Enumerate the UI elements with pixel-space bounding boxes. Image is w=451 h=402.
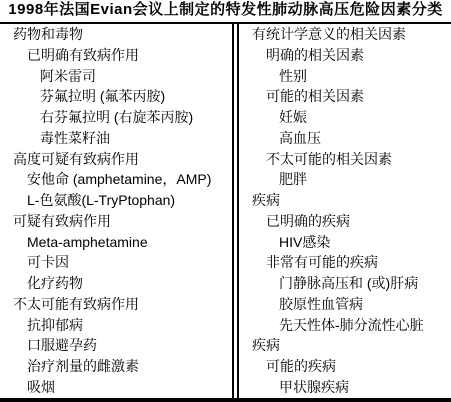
table-body: 药物和毒物已明确有致病作用阿米雷司芬氟拉明 (氟苯丙胺)右芬氟拉明 (右旋苯丙胺… <box>0 24 451 398</box>
table-row: 可能的相关因素 <box>239 86 451 107</box>
table-row: 高度可疑有致病作用 <box>0 149 232 170</box>
column-divider-double-line <box>232 24 239 398</box>
table-row: Meta-amphetamine <box>0 232 232 253</box>
table-row: 胶原性血管病 <box>239 294 451 315</box>
table-row: L-色氨酸(L-TryPtophan) <box>0 190 232 211</box>
table-row: 治疗剂量的雌激素 <box>0 356 232 377</box>
table-row: 已明确有致病作用 <box>0 45 232 66</box>
table-row: 阿米雷司 <box>0 66 232 87</box>
evian-risk-classification-table: 1998年法国Evian会议上制定的特发性肺动脉高压危险因素分类 药物和毒物已明… <box>0 0 451 402</box>
table-row: 不太可能有致病作用 <box>0 294 232 315</box>
table-row: 化疗药物 <box>0 273 232 294</box>
table-row: 吸烟 <box>0 377 232 398</box>
table-row: HIV感染 <box>239 232 451 253</box>
table-row: 有统计学意义的相关因素 <box>239 24 451 45</box>
column-drugs-and-toxins: 药物和毒物已明确有致病作用阿米雷司芬氟拉明 (氟苯丙胺)右芬氟拉明 (右旋苯丙胺… <box>0 24 232 398</box>
table-row: 门静脉高压和 (或)肝病 <box>239 273 451 294</box>
column-related-factors: 有统计学意义的相关因素明确的相关因素性别可能的相关因素妊娠高血压不太可能的相关因… <box>239 24 451 398</box>
table-row: 毒性菜籽油 <box>0 128 232 149</box>
table-row: 不太可能的相关因素 <box>239 149 451 170</box>
table-row: 右芬氟拉明 (右旋苯丙胺) <box>0 107 232 128</box>
table-row: 可疑有致病作用 <box>0 211 232 232</box>
table-row: 疾病 <box>239 190 451 211</box>
table-title: 1998年法国Evian会议上制定的特发性肺动脉高压危险因素分类 <box>0 0 451 22</box>
bottom-border-line <box>0 398 451 402</box>
table-row: 可卡因 <box>0 252 232 273</box>
table-row: 明确的相关因素 <box>239 45 451 66</box>
table-row: 安他命 (amphetamine，AMP) <box>0 169 232 190</box>
table-row: 疾病 <box>239 335 451 356</box>
table-row: 先天性体-肺分流性心脏 <box>239 315 451 336</box>
table-row: 芬氟拉明 (氟苯丙胺) <box>0 86 232 107</box>
table-row: 肥胖 <box>239 169 451 190</box>
table-row: 口服避孕药 <box>0 335 232 356</box>
table-row: 性别 <box>239 66 451 87</box>
table-row: 药物和毒物 <box>0 24 232 45</box>
table-row: 非常有可能的疾病 <box>239 252 451 273</box>
table-row: 高血压 <box>239 128 451 149</box>
table-row: 已明确的疾病 <box>239 211 451 232</box>
table-row: 抗抑郁病 <box>0 315 232 336</box>
table-row: 可能的疾病 <box>239 356 451 377</box>
table-row: 甲状腺疾病 <box>239 377 451 398</box>
table-row: 妊娠 <box>239 107 451 128</box>
